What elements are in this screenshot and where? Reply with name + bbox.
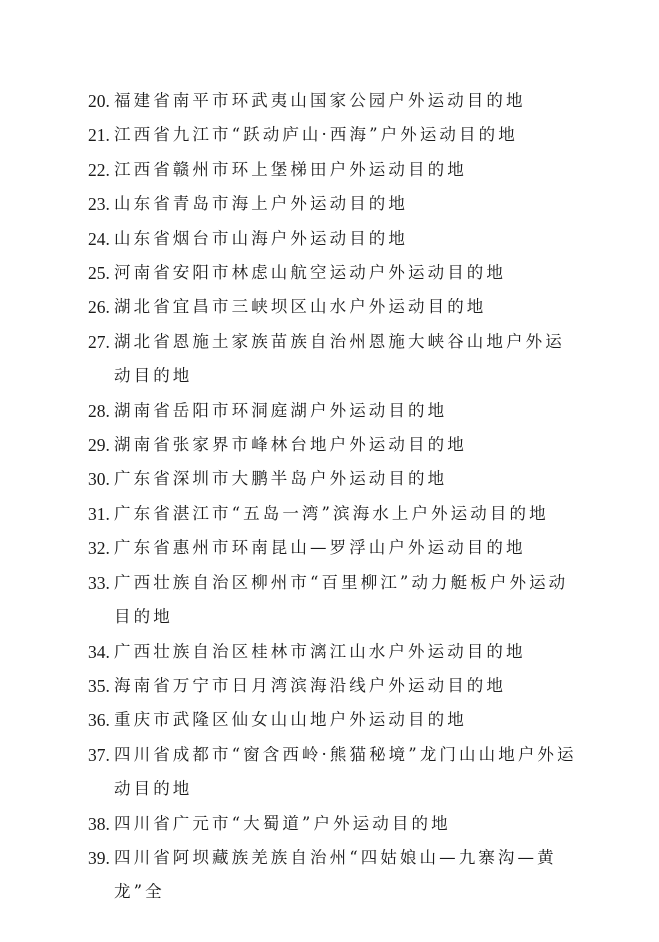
list-item: 34. 广西壮族自治区桂林市漓江山水户外运动目的地 [88, 635, 588, 669]
item-text: 山东省烟台市山海户外运动目的地 [114, 222, 582, 256]
item-text: 四川省成都市“窗含西岭·熊猫秘境”龙门山山地户外运动目的地 [114, 738, 582, 807]
list-item: 33. 广西壮族自治区柳州市“百里柳江”动力艇板户外运动目的地 [88, 566, 588, 635]
item-text: 广东省深圳市大鹏半岛户外运动目的地 [114, 462, 582, 496]
item-text: 湖南省张家界市峰林台地户外运动目的地 [114, 428, 582, 462]
list-item: 30. 广东省深圳市大鹏半岛户外运动目的地 [88, 462, 588, 496]
item-number: 35. [88, 669, 114, 703]
list-item: 23. 山东省青岛市海上户外运动目的地 [88, 187, 588, 221]
list-item: 29. 湖南省张家界市峰林台地户外运动目的地 [88, 428, 588, 462]
list-item: 32. 广东省惠州市环南昆山—罗浮山户外运动目的地 [88, 531, 588, 565]
item-text: 河南省安阳市林虑山航空运动户外运动目的地 [114, 256, 582, 290]
item-number: 25. [88, 256, 114, 290]
item-number: 37. [88, 738, 114, 772]
item-number: 20. [88, 84, 114, 118]
list-item: 36. 重庆市武隆区仙女山山地户外运动目的地 [88, 703, 588, 737]
list-item: 25. 河南省安阳市林虑山航空运动户外运动目的地 [88, 256, 588, 290]
item-text: 广东省湛江市“五岛一湾”滨海水上户外运动目的地 [114, 497, 582, 531]
item-number: 23. [88, 187, 114, 221]
item-number: 38. [88, 807, 114, 841]
item-text: 湖北省宜昌市三峡坝区山水户外运动目的地 [114, 290, 582, 324]
item-text: 广西壮族自治区柳州市“百里柳江”动力艇板户外运动目的地 [114, 566, 582, 635]
item-number: 32. [88, 531, 114, 565]
item-text: 山东省青岛市海上户外运动目的地 [114, 187, 582, 221]
item-number: 27. [88, 325, 114, 359]
item-number: 28. [88, 394, 114, 428]
list-item: 21. 江西省九江市“跃动庐山·西海”户外运动目的地 [88, 118, 588, 152]
item-text: 广西壮族自治区桂林市漓江山水户外运动目的地 [114, 635, 582, 669]
item-text: 江西省赣州市环上堡梯田户外运动目的地 [114, 153, 582, 187]
destination-list: 20. 福建省南平市环武夷山国家公园户外运动目的地 21. 江西省九江市“跃动庐… [88, 84, 588, 910]
item-number: 24. [88, 222, 114, 256]
item-text: 湖南省岳阳市环洞庭湖户外运动目的地 [114, 394, 582, 428]
item-text: 海南省万宁市日月湾滨海沿线户外运动目的地 [114, 669, 582, 703]
list-item: 37. 四川省成都市“窗含西岭·熊猫秘境”龙门山山地户外运动目的地 [88, 738, 588, 807]
list-item: 22. 江西省赣州市环上堡梯田户外运动目的地 [88, 153, 588, 187]
item-text: 湖北省恩施土家族苗族自治州恩施大峡谷山地户外运动目的地 [114, 325, 582, 394]
item-number: 26. [88, 290, 114, 324]
item-text: 福建省南平市环武夷山国家公园户外运动目的地 [114, 84, 582, 118]
item-number: 30. [88, 462, 114, 496]
list-item: 24. 山东省烟台市山海户外运动目的地 [88, 222, 588, 256]
item-number: 29. [88, 428, 114, 462]
list-item: 26. 湖北省宜昌市三峡坝区山水户外运动目的地 [88, 290, 588, 324]
item-number: 39. [88, 841, 114, 875]
item-number: 31. [88, 497, 114, 531]
item-text: 四川省阿坝藏族羌族自治州“四姑娘山—九寨沟—黄龙”全 [114, 841, 582, 910]
item-number: 36. [88, 703, 114, 737]
item-text: 广东省惠州市环南昆山—罗浮山户外运动目的地 [114, 531, 582, 565]
list-item: 31. 广东省湛江市“五岛一湾”滨海水上户外运动目的地 [88, 497, 588, 531]
item-text: 重庆市武隆区仙女山山地户外运动目的地 [114, 703, 582, 737]
list-item: 39. 四川省阿坝藏族羌族自治州“四姑娘山—九寨沟—黄龙”全 [88, 841, 588, 910]
document-page: 20. 福建省南平市环武夷山国家公园户外运动目的地 21. 江西省九江市“跃动庐… [0, 0, 659, 942]
item-number: 21. [88, 118, 114, 152]
item-text: 江西省九江市“跃动庐山·西海”户外运动目的地 [114, 118, 582, 152]
list-item: 27. 湖北省恩施土家族苗族自治州恩施大峡谷山地户外运动目的地 [88, 325, 588, 394]
item-text: 四川省广元市“大蜀道”户外运动目的地 [114, 807, 582, 841]
list-item: 35. 海南省万宁市日月湾滨海沿线户外运动目的地 [88, 669, 588, 703]
item-number: 33. [88, 566, 114, 600]
list-item: 28. 湖南省岳阳市环洞庭湖户外运动目的地 [88, 394, 588, 428]
item-number: 22. [88, 153, 114, 187]
list-item: 20. 福建省南平市环武夷山国家公园户外运动目的地 [88, 84, 588, 118]
item-number: 34. [88, 635, 114, 669]
list-item: 38. 四川省广元市“大蜀道”户外运动目的地 [88, 807, 588, 841]
